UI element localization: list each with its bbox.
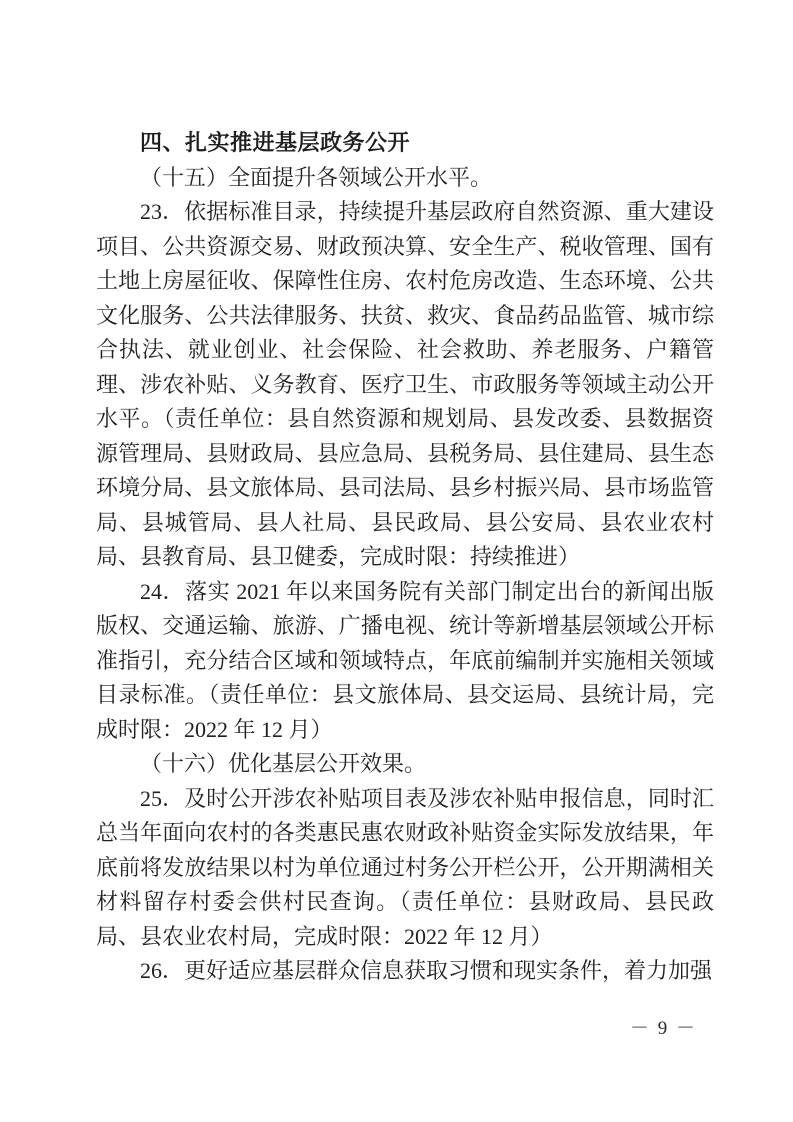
subheading-16-text: （十六）优化基层公开效果。 <box>140 751 426 776</box>
paragraph-23-main-text: 23．依据标准目录，持续提升基层政府自然资源、重大建设项目、公共资源交易、财政预… <box>96 199 714 431</box>
document-content: 四、扎实推进基层政务公开 （十五）全面提升各领域公开水平。 23．依据标准目录，… <box>96 126 714 989</box>
document-page: 四、扎实推进基层政务公开 （十五）全面提升各领域公开水平。 23．依据标准目录，… <box>0 0 793 1122</box>
page-number: － 9 － <box>630 1013 697 1040</box>
section-heading: 四、扎实推进基层政务公开 <box>96 126 714 161</box>
subheading-15: （十五）全面提升各领域公开水平。 <box>96 161 714 196</box>
paragraph-26-main-text: 26．更好适应基层群众信息获取习惯和现实条件，着力加强 <box>140 958 712 983</box>
paragraph-23: 23．依据标准目录，持续提升基层政府自然资源、重大建设项目、公共资源交易、财政预… <box>96 195 714 575</box>
paragraph-26: 26．更好适应基层群众信息获取习惯和现实条件，着力加强 <box>96 954 714 989</box>
subheading-16: （十六）优化基层公开效果。 <box>96 747 714 782</box>
paragraph-24: 24．落实 2021 年以来国务院有关部门制定出台的新闻出版版权、交通运输、旅游… <box>96 575 714 748</box>
paragraph-23-responsibility-text: （责任单位：县自然资源和规划局、县发改委、县数据资源管理局、县财政局、县应急局、… <box>96 406 714 569</box>
subheading-15-text: （十五）全面提升各领域公开水平。 <box>140 165 492 190</box>
paragraph-25: 25．及时公开涉农补贴项目表及涉农补贴申报信息，同时汇总当年面向农村的各类惠民惠… <box>96 782 714 955</box>
